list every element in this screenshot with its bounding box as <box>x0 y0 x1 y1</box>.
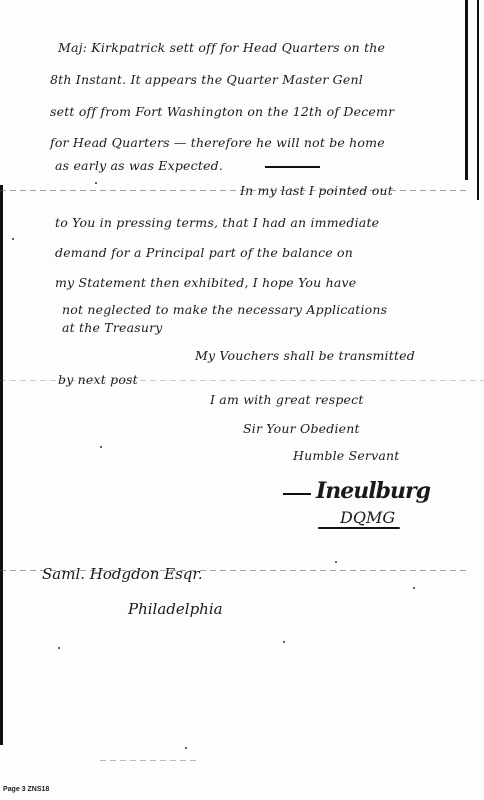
fold-line <box>0 190 470 191</box>
letter-line: my Statement then exhibited, I hope You … <box>55 275 356 290</box>
letter-line: by next post <box>58 372 138 387</box>
letter-line: sett off from Fort Washington on the 12t… <box>50 104 394 119</box>
letter-line: to You in pressing terms, that I had an … <box>55 215 379 230</box>
ink-speck <box>413 587 415 589</box>
ink-speck <box>185 747 187 749</box>
signature-name: Ineulburg <box>316 478 430 504</box>
letter-line: 8th Instant. It appears the Quarter Mast… <box>50 72 363 87</box>
ink-speck <box>100 446 102 448</box>
scanned-letter-page: Maj: Kirkpatrick sett off for Head Quart… <box>0 0 484 800</box>
ink-speck <box>335 561 337 563</box>
closing-line: Humble Servant <box>293 448 400 463</box>
signature-dash <box>283 493 311 495</box>
ink-speck <box>283 641 285 643</box>
page-edge-left <box>0 185 3 745</box>
page-footer-label: Page 3 ZNS18 <box>3 786 49 793</box>
letter-line: My Vouchers shall be transmitted <box>195 348 415 363</box>
flourish-dash <box>265 166 320 168</box>
address-city: Philadelphia <box>128 600 223 618</box>
ink-speck <box>95 182 97 184</box>
address-recipient: Saml. Hodgdon Esqr. <box>42 565 203 583</box>
closing-line: I am with great respect <box>210 392 364 407</box>
closing-line: Sir Your Obedient <box>243 421 360 436</box>
page-edge-right <box>465 0 468 180</box>
letter-line: Maj: Kirkpatrick sett off for Head Quart… <box>58 40 385 55</box>
letter-line: as early as was Expected. <box>55 158 223 173</box>
fold-line <box>100 760 200 761</box>
ink-speck <box>12 238 14 240</box>
letter-line: In my last I pointed out <box>240 183 393 198</box>
letter-line: not neglected to make the necessary Appl… <box>62 302 387 317</box>
ink-speck <box>58 647 60 649</box>
letter-line: demand for a Principal part of the balan… <box>55 245 353 260</box>
signature-title: DQMG <box>340 508 395 527</box>
signature-underline <box>318 527 400 529</box>
page-edge-right-2 <box>477 0 479 200</box>
letter-line: for Head Quarters — therefore he will no… <box>50 135 385 150</box>
letter-line: at the Treasury <box>62 320 163 335</box>
